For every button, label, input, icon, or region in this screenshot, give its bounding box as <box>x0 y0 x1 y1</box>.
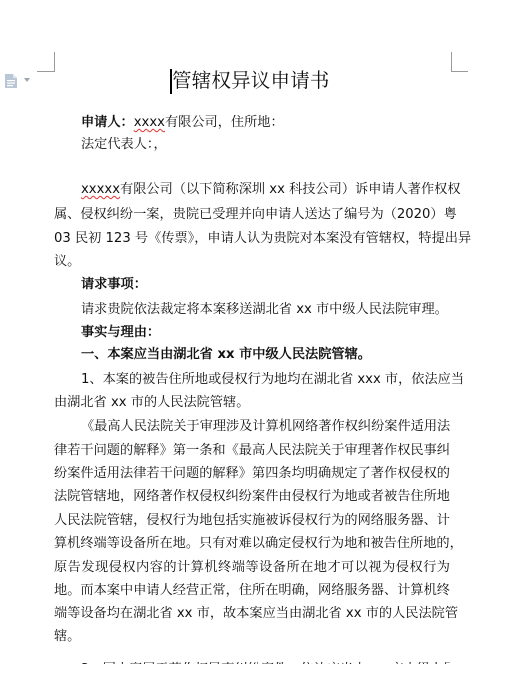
law-line-8: 地。而本案中申请人经营正常，住所在明确，网络服务器、计算机终 <box>54 581 450 601</box>
intro-line-2: 属、侵权纠纷一案，贵院已受理并向申请人送达了编号为（2020）粤 <box>54 205 450 225</box>
misspelled-word: xxxxx <box>81 182 120 197</box>
section-one-heading: 一、本案应当由湖北省 xx 市中级人民法院管辖。 <box>54 345 450 365</box>
law-line-4: 法院管辖地，网络著作权侵权纠纷案件由侵权行为地或者被告住所地 <box>54 487 450 507</box>
law-line-6: 算机终端等设备所在地。只有对难以确定侵权行为地和被告住所地的， <box>54 534 450 554</box>
point-one-line-2: 由湖北省 xx 市的人民法院管辖。 <box>54 393 450 413</box>
law-line-2: 律若干问题的解释》第一条和《最高人民法院关于审理著作权民事纠 <box>54 441 450 461</box>
legal-rep-line: 法定代表人：， <box>54 135 450 155</box>
request-heading: 请求事项： <box>54 275 450 295</box>
intro-line-1-text: 有限公司（以下简称深圳 xx 科技公司）诉申请人著作权权 <box>120 182 461 197</box>
document-title: 管辖权异议申请书 <box>172 68 342 94</box>
law-line-9: 端等设备均在湖北省 xx 市，故本案应当由湖北省 xx 市的人民法院管 <box>54 604 450 624</box>
law-line-3: 纷案件适用法律若干问题的解释》第四条均明确规定了著作权侵权的 <box>54 464 450 484</box>
facts-heading: 事实与理由： <box>54 323 450 343</box>
point-one-line-1: 1、本案的被告住所地或侵权行为地均在湖北省 xxx 市，依法应当 <box>54 370 450 390</box>
law-line-7: 原告发现侵权内容的计算机终端等设备所在地才可以视为侵权行为 <box>54 558 450 578</box>
intro-line-4: 议。 <box>54 252 450 272</box>
law-line-5: 人民法院管辖，侵权行为地包括实施被诉侵权行为的网络服务器、计 <box>54 511 450 531</box>
request-text: 请求贵院依法裁定将本案移送湖北省 xx 市中级人民法院审理。 <box>54 300 450 320</box>
applicant-rest: 有限公司，住所地： <box>165 115 284 130</box>
point-two-partial-text: 2、因本案属于著作权民事纠纷案件，依法应当由 xx 市中级人民 <box>81 660 450 664</box>
chevron-down-icon[interactable] <box>24 78 30 82</box>
point-two-partial-line: 2、因本案属于著作权民事纠纷案件，依法应当由 xx 市中级人民 <box>54 657 450 664</box>
law-line-10: 辖。 <box>54 627 450 647</box>
applicant-name: xxxx <box>134 115 165 130</box>
applicant-line: 申请人：xxxx有限公司，住所地： <box>54 113 450 133</box>
applicant-label: 申请人： <box>81 115 134 130</box>
law-line-1: 《最高人民法院关于审理涉及计算机网络著作权纠纷案件适用法 <box>54 417 450 437</box>
intro-line-1: xxxxx有限公司（以下简称深圳 xx 科技公司）诉申请人著作权权 <box>54 180 450 200</box>
document-nav-icon[interactable] <box>4 73 18 89</box>
intro-line-3: 03 民初 123 号《传票》，申请人认为贵院对本案没有管辖权，特提出异 <box>54 229 450 249</box>
